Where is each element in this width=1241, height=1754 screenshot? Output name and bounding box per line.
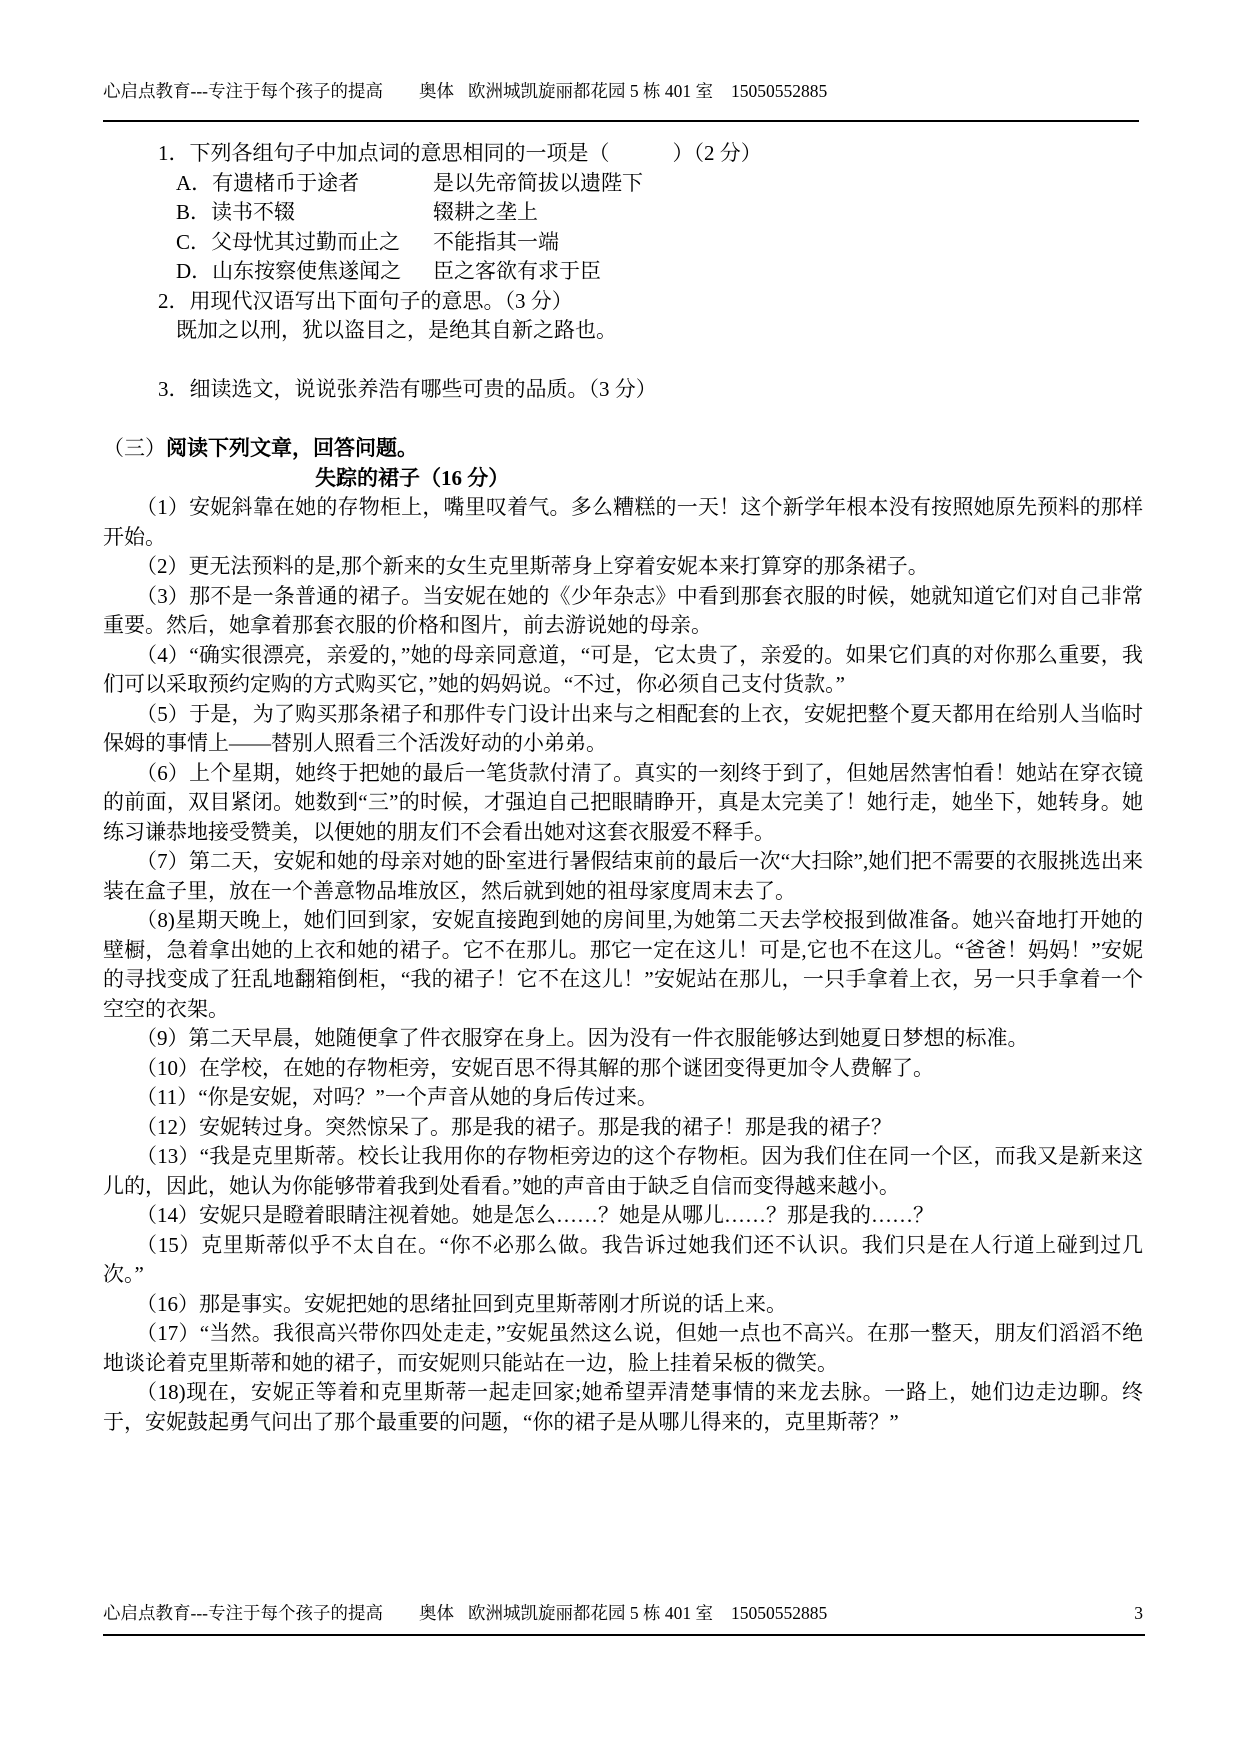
option-d-first-clause: 山东按察使焦遂闻之	[212, 259, 401, 283]
question-3-text: 3．细读选文，说说张养浩有哪些可贵的品质。（3 分）	[103, 375, 1143, 405]
section-3-number: （三）	[103, 436, 166, 460]
header-location-text: 奥体	[419, 81, 454, 101]
document-page: 心启点教育---专注于每个孩子的提高奥体欧洲城凯旋丽都花园 5 栋 401 室1…	[0, 0, 1241, 1754]
option-c-first-clause: 父母忧其过勤而止之	[211, 230, 400, 254]
option-b-second-clause: 辍耕之垄上	[433, 198, 538, 228]
reading-paragraph-4: （4）“确实很漂亮，亲爱的，”她的母亲同意道，“可是，它太贵了，亲爱的。如果它们…	[103, 641, 1143, 700]
reading-paragraph-7: （7）第二天，安妮和她的母亲对她的卧室进行暑假结束前的最后一次“大扫除”,她们把…	[103, 847, 1143, 906]
page-number: 3	[1134, 1602, 1143, 1624]
reading-paragraph-16: （16）那是事实。安妮把她的思绪扯回到克里斯蒂刚才所说的话上来。	[103, 1290, 1143, 1320]
reading-paragraph-12: （12）安妮转过身。突然惊呆了。那是我的裙子。那是我的裙子！那是我的裙子？	[103, 1113, 1143, 1143]
option-b-first-clause: 读书不辍	[211, 200, 295, 224]
footer-location-text: 奥体	[419, 1603, 454, 1623]
page-header: 心启点教育---专注于每个孩子的提高奥体欧洲城凯旋丽都花园 5 栋 401 室1…	[103, 80, 1145, 102]
reading-paragraph-8: （8)星期天晚上，她们回到家，安妮直接跑到她的房间里,为她第二天去学校报到做准备…	[103, 906, 1143, 1024]
reading-passage-title: 失踪的裙子（16 分）	[315, 464, 1143, 494]
option-a-label: A．	[176, 171, 212, 195]
option-d-second-clause: 臣之客欲有求于臣	[433, 257, 601, 287]
footer-address-text: 欧洲城凯旋丽都花园 5 栋 401 室	[468, 1603, 713, 1623]
reading-paragraph-18: （18)现在，安妮正等着和克里斯蒂一起走回家;她希望弄清楚事情的来龙去脉。一路上…	[103, 1378, 1143, 1437]
section-3-instruction: 阅读下列文章，回答问题。	[166, 436, 418, 460]
reading-paragraph-2: （2）更无法预料的是,那个新来的女生克里斯蒂身上穿着安妮本来打算穿的那条裙子。	[103, 552, 1143, 582]
document-body: 1．下列各组句子中加点词的意思相同的一项是（ ）（2 分） A．有遗楮币于途者是…	[103, 139, 1143, 1437]
reading-paragraph-6: （6）上个星期，她终于把她的最后一笔货款付清了。真实的一刻终于到了，但她居然害怕…	[103, 759, 1143, 848]
question-1-option-b: B．读书不辍辍耕之垄上	[103, 198, 1143, 228]
question-1-option-d: D．山东按察使焦遂闻之臣之客欲有求于臣	[103, 257, 1143, 287]
question-1-text: 1．下列各组句子中加点词的意思相同的一项是（ ）（2 分）	[103, 139, 1143, 169]
header-phone-text: 15050552885	[731, 81, 827, 101]
page-footer: 心启点教育---专注于每个孩子的提高奥体欧洲城凯旋丽都花园 5 栋 401 室1…	[103, 1602, 1145, 1636]
reading-paragraph-3: （3）那不是一条普通的裙子。当安妮在她的《少年杂志》中看到那套衣服的时候，她就知…	[103, 582, 1143, 641]
option-a-first-clause: 有遗楮币于途者	[212, 171, 359, 195]
reading-paragraph-15: （15）克里斯蒂似乎不太自在。“你不必那么做。我告诉过她我们还不认识。我们只是在…	[103, 1231, 1143, 1290]
header-org-text: 心启点教育---专注于每个孩子的提高	[103, 81, 383, 101]
header-address-text: 欧洲城凯旋丽都花园 5 栋 401 室	[468, 81, 713, 101]
footer-org-text: 心启点教育---专注于每个孩子的提高	[103, 1603, 383, 1623]
option-b-label: B．	[176, 200, 211, 224]
reading-paragraph-9: （9）第二天早晨，她随便拿了件衣服穿在身上。因为没有一件衣服能够达到她夏日梦想的…	[103, 1024, 1143, 1054]
reading-paragraph-1: （1）安妮斜靠在她的存物柜上，嘴里叹着气。多么糟糕的一天！这个新学年根本没有按照…	[103, 493, 1143, 552]
option-c-label: C．	[176, 230, 211, 254]
footer-phone-text: 15050552885	[731, 1603, 827, 1623]
reading-paragraph-14: （14）安妮只是瞪着眼睛注视着她。她是怎么……？她是从哪儿……？那是我的……？	[103, 1201, 1143, 1231]
option-d-label: D．	[176, 259, 212, 283]
reading-paragraph-13: （13）“我是克里斯蒂。校长让我用你的存物柜旁边的这个存物柜。因为我们住在同一个…	[103, 1142, 1143, 1201]
header-divider	[103, 120, 1139, 122]
section-3-heading: （三）阅读下列文章，回答问题。	[103, 434, 1143, 464]
option-a-second-clause: 是以先帝简拔以遗陛下	[433, 169, 643, 199]
reading-paragraph-17: （17）“当然。我很高兴带你四处走走，”安妮虽然这么说，但她一点也不高兴。在那一…	[103, 1319, 1143, 1378]
reading-paragraph-10: （10）在学校，在她的存物柜旁，安妮百思不得其解的那个谜团变得更加令人费解了。	[103, 1054, 1143, 1084]
question-1-option-a: A．有遗楮币于途者是以先帝简拔以遗陛下	[103, 169, 1143, 199]
reading-paragraph-5: （5）于是，为了购买那条裙子和那件专门设计出来与之相配套的上衣，安妮把整个夏天都…	[103, 700, 1143, 759]
question-2-sentence: 既加之以刑，犹以盗目之，是绝其自新之路也。	[103, 316, 1143, 346]
question-2-text: 2．用现代汉语写出下面句子的意思。（3 分）	[103, 287, 1143, 317]
question-1-option-c: C．父母忧其过勤而止之不能指其一端	[103, 228, 1143, 258]
option-c-second-clause: 不能指其一端	[433, 228, 559, 258]
reading-paragraph-11: （11）“你是安妮，对吗？”一个声音从她的身后传过来。	[103, 1083, 1143, 1113]
